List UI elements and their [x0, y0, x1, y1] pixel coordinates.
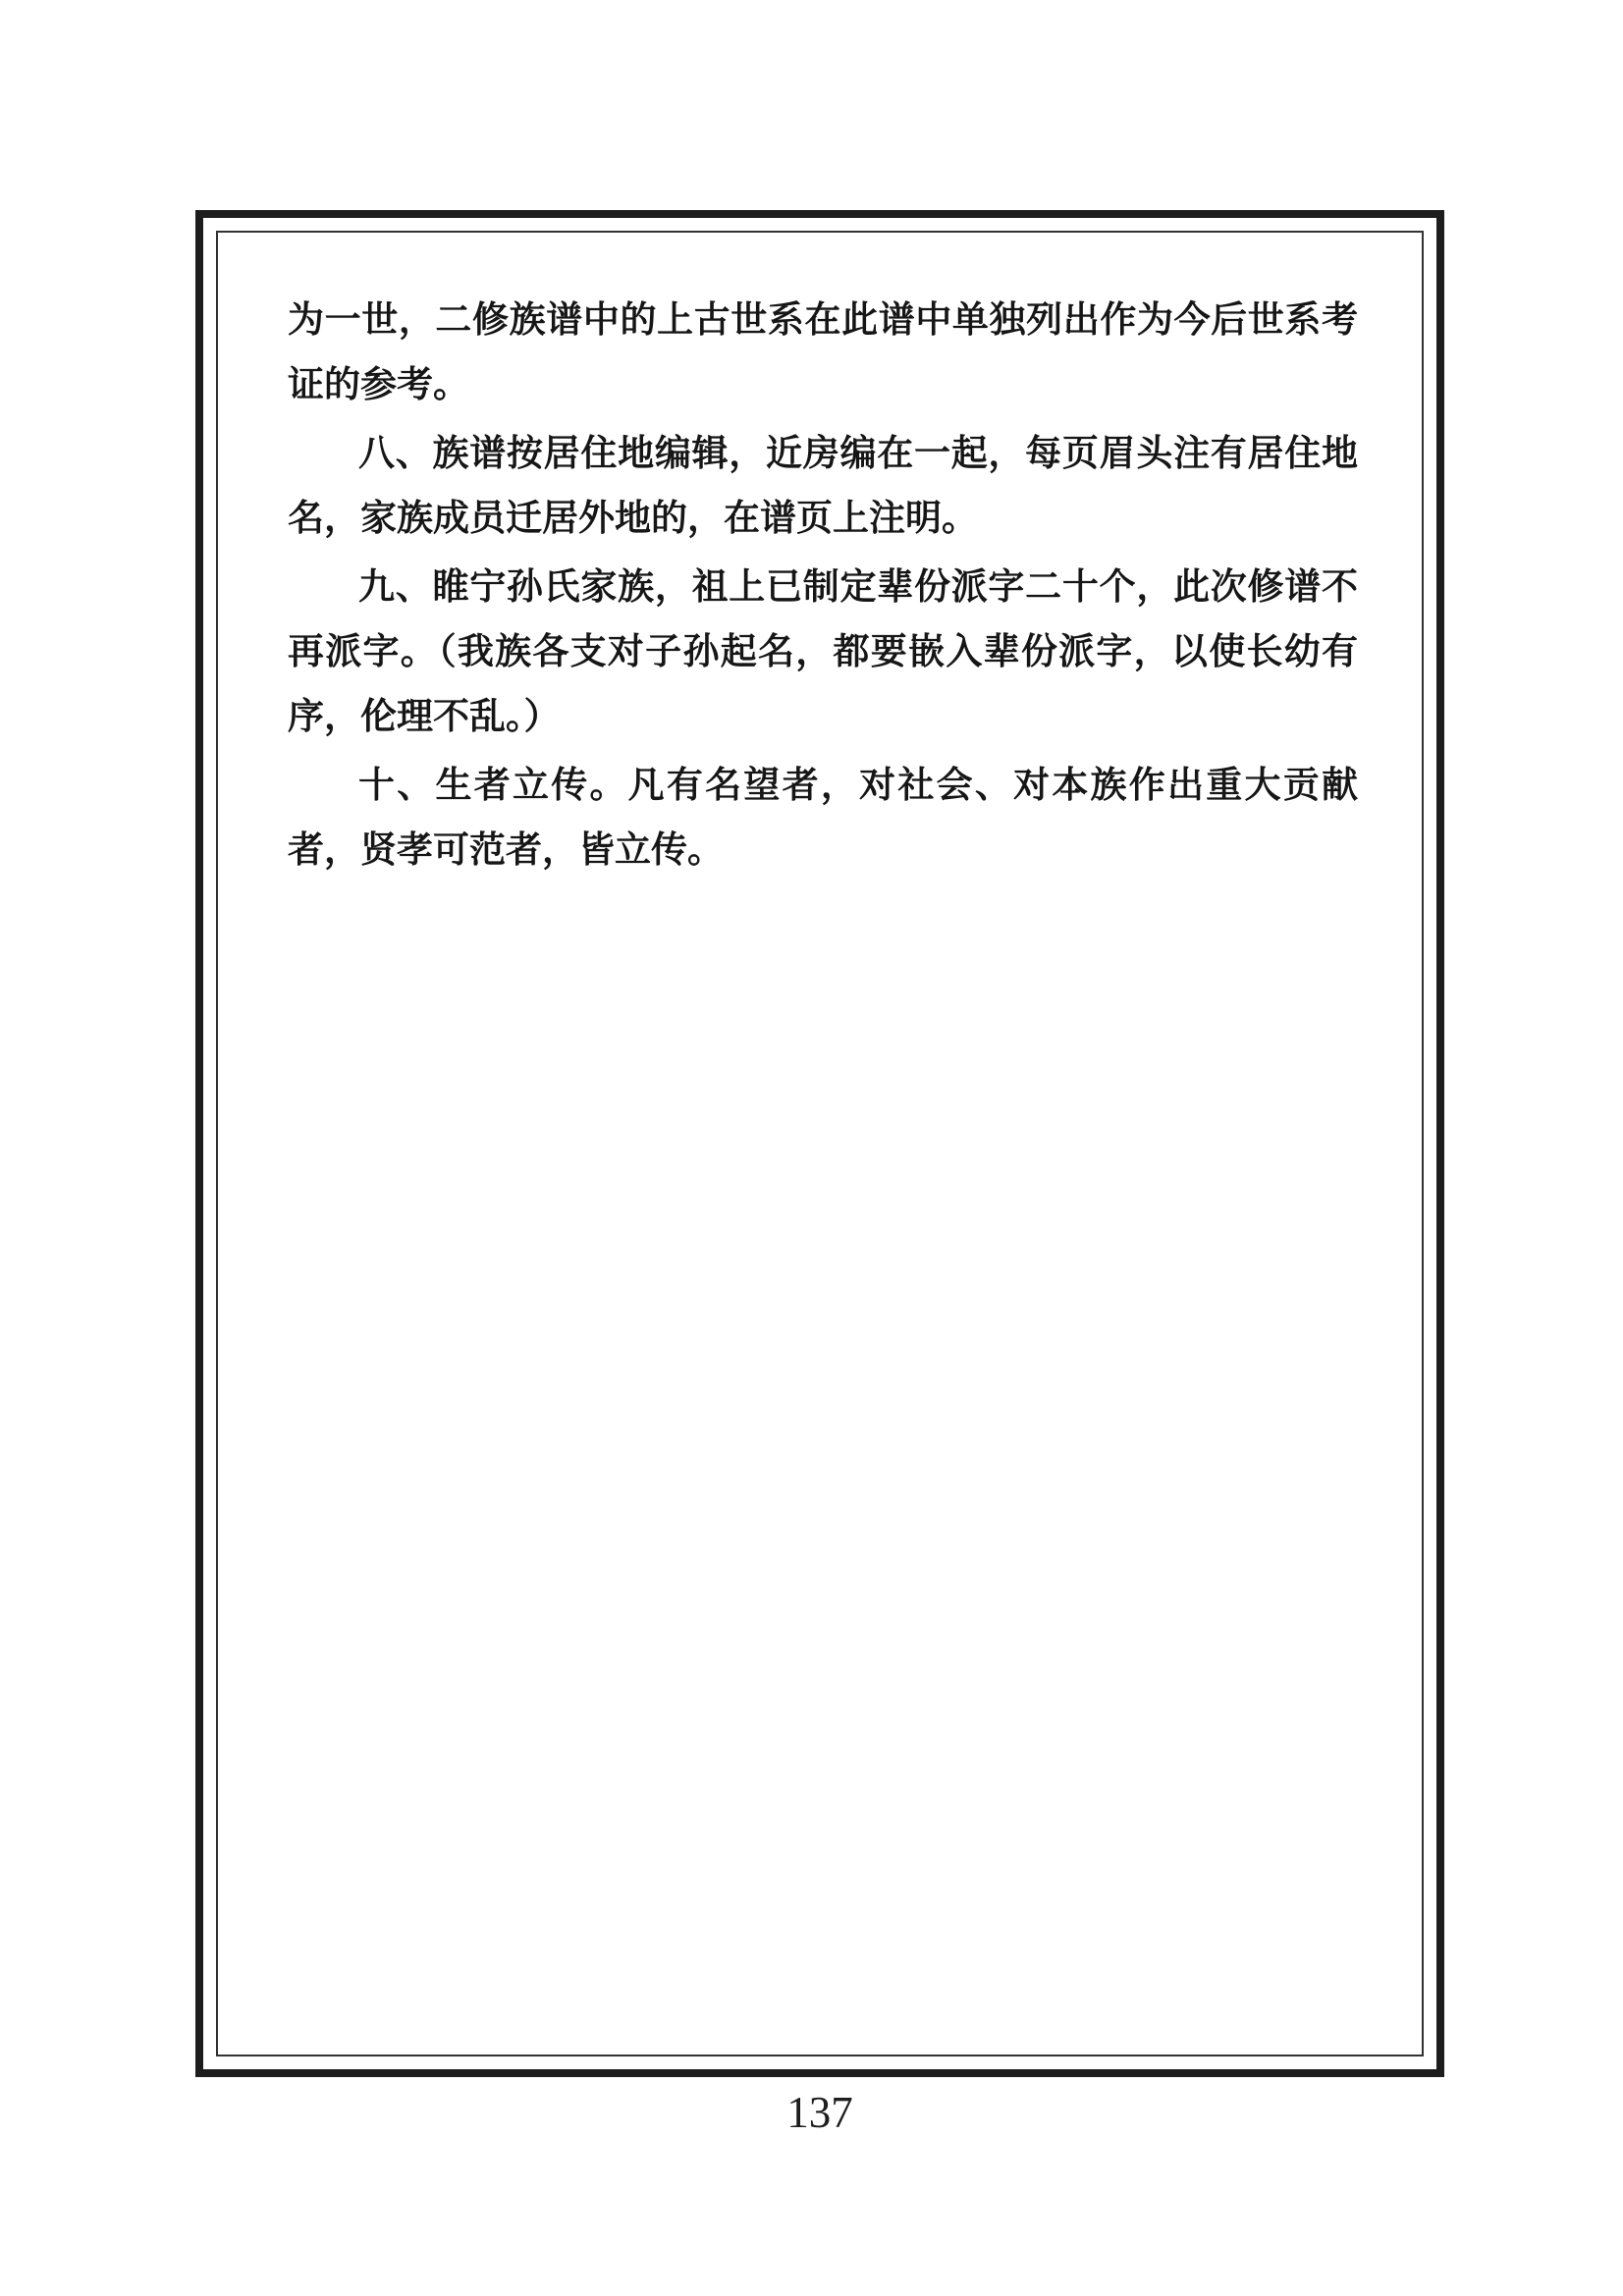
text-block: 为一世，二修族谱中的上古世系在此谱中单独列出作为今后世系考证的参考。八、族谱按居…: [288, 288, 1358, 882]
page-border-inner: 为一世，二修族谱中的上古世系在此谱中单独列出作为今后世系考证的参考。八、族谱按居…: [216, 231, 1424, 2056]
text-line: 再派字。（我族各支对子孙起名，都要嵌入辈份派字，以使长幼有: [288, 619, 1358, 684]
text-line: 八、族谱按居住地编辑，近房编在一起，每页眉头注有居住地: [288, 421, 1358, 486]
text-line: 十、生者立传。凡有名望者，对社会、对本族作出重大贡献: [288, 753, 1358, 818]
text-line: 为一世，二修族谱中的上古世系在此谱中单独列出作为今后世系考: [288, 288, 1358, 352]
text-line: 名，家族成员迁居外地的，在谱页上注明。: [288, 486, 1358, 551]
paragraph: 为一世，二修族谱中的上古世系在此谱中单独列出作为今后世系考证的参考。: [288, 288, 1358, 417]
paragraph: 十、生者立传。凡有名望者，对社会、对本族作出重大贡献者，贤孝可范者，皆立传。: [288, 753, 1358, 882]
page-number: 137: [195, 2087, 1444, 2138]
text-line: 九、睢宁孙氏家族，祖上已制定辈份派字二十个，此次修谱不: [288, 555, 1358, 619]
document-page: 为一世，二修族谱中的上古世系在此谱中单独列出作为今后世系考证的参考。八、族谱按居…: [0, 0, 1623, 2296]
page-border-outer: 为一世，二修族谱中的上古世系在此谱中单独列出作为今后世系考证的参考。八、族谱按居…: [195, 210, 1444, 2077]
paragraph: 九、睢宁孙氏家族，祖上已制定辈份派字二十个，此次修谱不再派字。（我族各支对子孙起…: [288, 555, 1358, 749]
text-line: 序，伦理不乱。）: [288, 684, 1358, 749]
paragraph: 八、族谱按居住地编辑，近房编在一起，每页眉头注有居住地名，家族成员迁居外地的，在…: [288, 421, 1358, 551]
text-line: 者，贤孝可范者，皆立传。: [288, 818, 1358, 882]
text-line: 证的参考。: [288, 352, 1358, 417]
